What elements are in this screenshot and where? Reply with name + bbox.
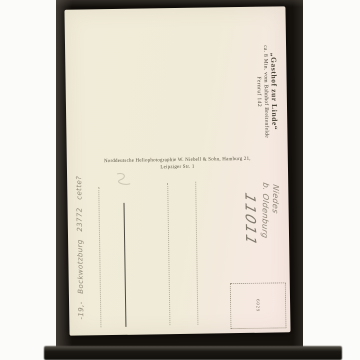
caption-block: „Gasthof zur Linde“ ca. 8 Min. vom Bahnh…	[248, 31, 280, 151]
publisher-imprint: Norddeutsche Heliophotographie W. Niebel…	[79, 156, 276, 172]
address-line	[167, 183, 170, 325]
handwritten-address-line-1: Niedes	[269, 183, 281, 275]
postcard-photo: „Gasthof zur Linde“ ca. 8 Min. vom Bahnh…	[0, 0, 360, 360]
handwritten-address-note: Niedes b. Oldenburg	[257, 181, 281, 275]
handwritten-address-line-2: b. Oldenburg	[259, 181, 271, 273]
handwritten-left-note: -19,- Bockwotzburg 23772 cette?	[75, 169, 97, 319]
address-line	[98, 187, 101, 327]
backdrop-bottom-shadow	[44, 346, 342, 360]
caption-title: „Gasthof zur Linde“	[269, 31, 280, 151]
stamp-box: 6029	[230, 282, 287, 329]
price-scribble: 11011	[233, 188, 258, 253]
pencil-squiggle-icon	[113, 171, 137, 191]
postcard-back: „Gasthof zur Linde“ ca. 8 Min. vom Bahnh…	[64, 6, 290, 335]
address-line	[195, 182, 198, 325]
divider-line	[123, 203, 126, 327]
stamp-box-number: 6029	[256, 299, 261, 312]
